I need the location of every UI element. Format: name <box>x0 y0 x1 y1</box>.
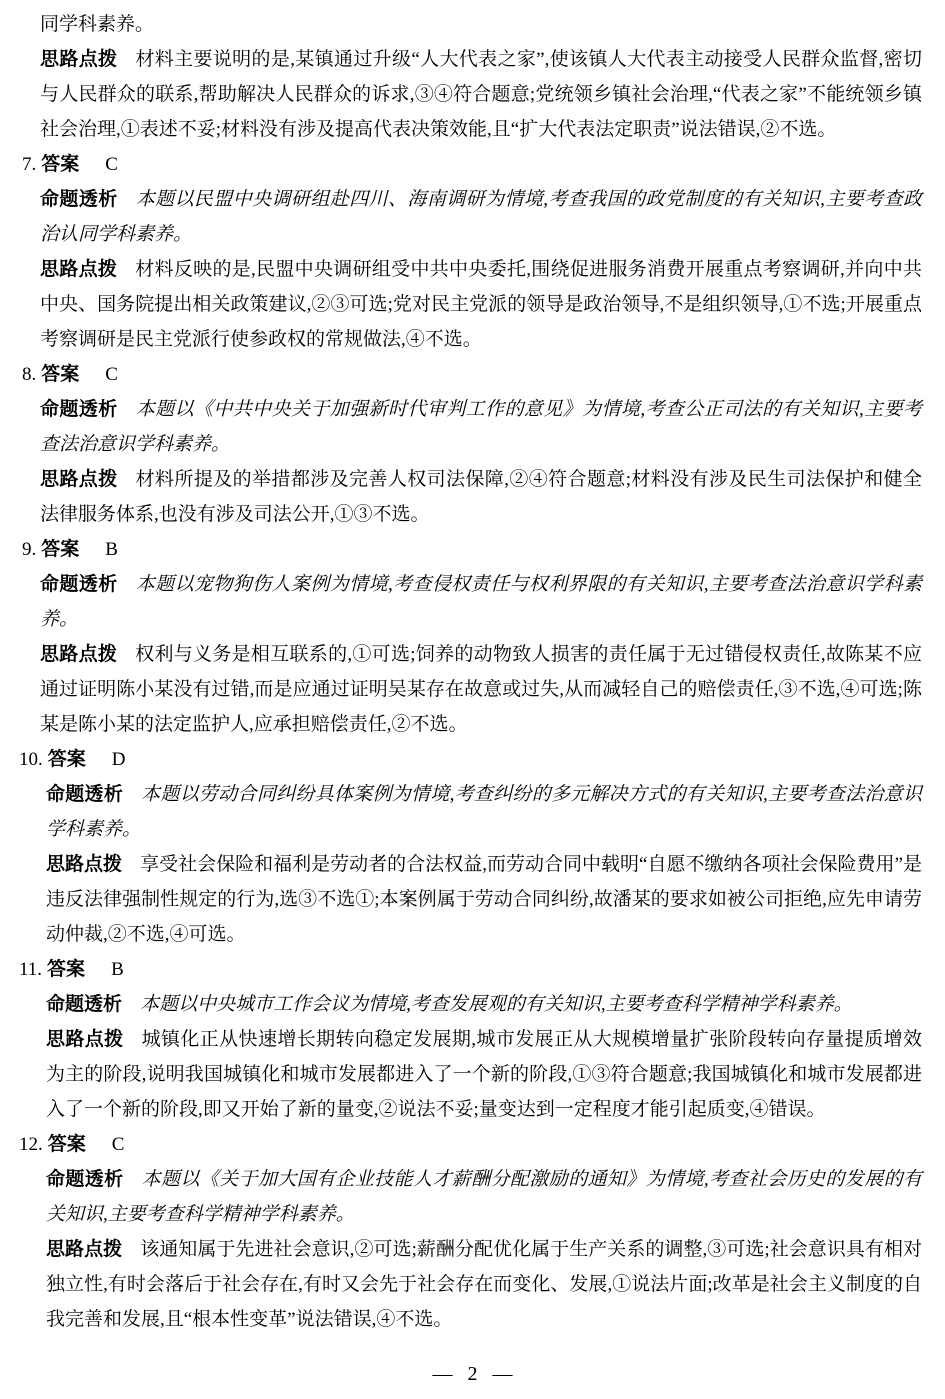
item-number: 12. <box>19 1134 43 1155</box>
guidance-label: 思路点拨 <box>40 259 117 280</box>
guidance-paragraph: 思路点拨权利与义务是相互联系的,①可选;饲养的动物致人损害的责任属于无过错侵权责… <box>40 637 922 742</box>
answer-line: 10.答案D <box>19 742 922 777</box>
guidance-text: 权利与义务是相互联系的,①可选;饲养的动物致人损害的责任属于无过错侵权责任,故陈… <box>40 644 922 735</box>
analysis-paragraph: 命题透析本题以中央城市工作会议为情境,考查发展观的有关知识,主要考查科学精神学科… <box>46 987 922 1022</box>
guidance-label: 思路点拨 <box>46 854 122 875</box>
guidance-text: 享受社会保险和福利是劳动者的合法权益,而劳动合同中载明“自愿不缴纳各项社会保险费… <box>46 854 922 945</box>
guidance-paragraph: 思路点拨材料所提及的举措都涉及完善人权司法保障,②④符合题意;材料没有涉及民生司… <box>40 462 922 532</box>
analysis-text: 本题以宠物狗伤人案例为情境,考查侵权责任与权利界限的有关知识,主要考查法治意识学… <box>40 574 922 630</box>
answer-item-9: 9.答案B 命题透析本题以宠物狗伤人案例为情境,考查侵权责任与权利界限的有关知识… <box>0 532 922 742</box>
item-number: 10. <box>19 749 43 770</box>
answer-item-8: 8.答案C 命题透析本题以《中共中央关于加强新时代审判工作的意见》为情境,考查公… <box>0 357 922 532</box>
item-number: 9. <box>22 539 36 560</box>
answer-item-7: 7.答案C 命题透析本题以民盟中央调研组赴四川、海南调研为情境,考查我国的政党制… <box>0 147 922 357</box>
answer-letter: B <box>105 539 118 560</box>
analysis-text: 本题以中央城市工作会议为情境,考查发展观的有关知识,主要考查科学精神学科素养。 <box>140 994 853 1015</box>
answer-letter: D <box>112 749 126 770</box>
guidance-label: 思路点拨 <box>46 1239 122 1260</box>
answer-label: 答案 <box>48 1134 86 1155</box>
answer-label: 答案 <box>41 154 79 175</box>
analysis-paragraph: 命题透析本题以民盟中央调研组赴四川、海南调研为情境,考查我国的政党制度的有关知识… <box>40 182 922 252</box>
item-number: 11. <box>19 959 42 980</box>
answer-item-12: 12.答案C 命题透析本题以《关于加大国有企业技能人才薪酬分配激励的通知》为情境… <box>0 1127 922 1337</box>
answer-line: 7.答案C <box>22 147 922 182</box>
analysis-paragraph: 命题透析本题以宠物狗伤人案例为情境,考查侵权责任与权利界限的有关知识,主要考查法… <box>40 567 922 637</box>
guidance-paragraph: 思路点拨该通知属于先进社会意识,②可选;薪酬分配优化属于生产关系的调整,③可选;… <box>46 1232 922 1337</box>
analysis-text: 本题以《关于加大国有企业技能人才薪酬分配激励的通知》为情境,考查社会历史的发展的… <box>46 1169 922 1225</box>
guidance-label: 思路点拨 <box>40 469 118 490</box>
guidance-label: 思路点拨 <box>40 49 117 70</box>
analysis-label: 命题透析 <box>40 399 118 420</box>
analysis-paragraph: 命题透析本题以劳动合同纠纷具体案例为情境,考查纠纷的多元解决方式的有关知识,主要… <box>46 777 922 847</box>
carryover-guidance-paragraph: 思路点拨材料主要说明的是,某镇通过升级“人大代表之家”,使该镇人大代表主动接受人… <box>40 42 922 147</box>
guidance-text: 材料主要说明的是,某镇通过升级“人大代表之家”,使该镇人大代表主动接受人民群众监… <box>40 49 922 140</box>
answer-line: 11.答案B <box>19 952 922 987</box>
analysis-label: 命题透析 <box>46 994 122 1015</box>
answer-letter: C <box>105 364 118 385</box>
carryover-tail-text: 同学科素养。 <box>40 14 154 35</box>
guidance-text: 该通知属于先进社会意识,②可选;薪酬分配优化属于生产关系的调整,③可选;社会意识… <box>46 1239 922 1330</box>
answer-item-10: 10.答案D 命题透析本题以劳动合同纠纷具体案例为情境,考查纠纷的多元解决方式的… <box>0 742 922 952</box>
analysis-text: 本题以劳动合同纠纷具体案例为情境,考查纠纷的多元解决方式的有关知识,主要考查法治… <box>46 784 922 840</box>
guidance-paragraph: 思路点拨材料反映的是,民盟中央调研组受中共中央委托,围绕促进服务消费开展重点考察… <box>40 252 922 357</box>
analysis-text: 本题以《中共中央关于加强新时代审判工作的意见》为情境,考查公正司法的有关知识,主… <box>40 399 922 455</box>
carryover-section: 同学科素养。 思路点拨材料主要说明的是,某镇通过升级“人大代表之家”,使该镇人大… <box>0 7 922 147</box>
answer-letter: C <box>105 154 118 175</box>
page-footer: — 2 — <box>0 1361 945 1387</box>
answer-letter: C <box>112 1134 125 1155</box>
analysis-label: 命题透析 <box>46 1169 124 1190</box>
answer-line: 8.答案C <box>22 357 922 392</box>
guidance-text: 材料所提及的举措都涉及完善人权司法保障,②④符合题意;材料没有涉及民生司法保护和… <box>40 469 922 525</box>
answer-item-11: 11.答案B 命题透析本题以中央城市工作会议为情境,考查发展观的有关知识,主要考… <box>0 952 922 1127</box>
item-number: 8. <box>22 364 36 385</box>
answer-label: 答案 <box>41 364 79 385</box>
answer-line: 12.答案C <box>19 1127 922 1162</box>
guidance-label: 思路点拨 <box>46 1029 124 1050</box>
item-number: 7. <box>22 154 36 175</box>
answer-line: 9.答案B <box>22 532 922 567</box>
carryover-tail-line: 同学科素养。 <box>40 7 922 42</box>
answer-label: 答案 <box>47 959 85 980</box>
analysis-label: 命题透析 <box>46 784 123 805</box>
guidance-text: 材料反映的是,民盟中央调研组受中共中央委托,围绕促进服务消费开展重点考察调研,并… <box>40 259 922 350</box>
analysis-paragraph: 命题透析本题以《中共中央关于加强新时代审判工作的意见》为情境,考查公正司法的有关… <box>40 392 922 462</box>
guidance-paragraph: 思路点拨城镇化正从快速增长期转向稳定发展期,城市发展正从大规模增量扩张阶段转向存… <box>46 1022 922 1127</box>
guidance-text: 城镇化正从快速增长期转向稳定发展期,城市发展正从大规模增量扩张阶段转向存量提质增… <box>46 1029 922 1120</box>
answer-key-page: 同学科素养。 思路点拨材料主要说明的是,某镇通过升级“人大代表之家”,使该镇人大… <box>0 0 945 1337</box>
analysis-text: 本题以民盟中央调研组赴四川、海南调研为情境,考查我国的政党制度的有关知识,主要考… <box>40 189 922 245</box>
analysis-paragraph: 命题透析本题以《关于加大国有企业技能人才薪酬分配激励的通知》为情境,考查社会历史… <box>46 1162 922 1232</box>
analysis-label: 命题透析 <box>40 189 118 210</box>
guidance-paragraph: 思路点拨享受社会保险和福利是劳动者的合法权益,而劳动合同中载明“自愿不缴纳各项社… <box>46 847 922 952</box>
answer-letter: B <box>111 959 124 980</box>
page-number: — 2 — <box>433 1363 513 1385</box>
analysis-label: 命题透析 <box>40 574 118 595</box>
guidance-label: 思路点拨 <box>40 644 117 665</box>
answer-label: 答案 <box>41 539 79 560</box>
answer-label: 答案 <box>48 749 86 770</box>
